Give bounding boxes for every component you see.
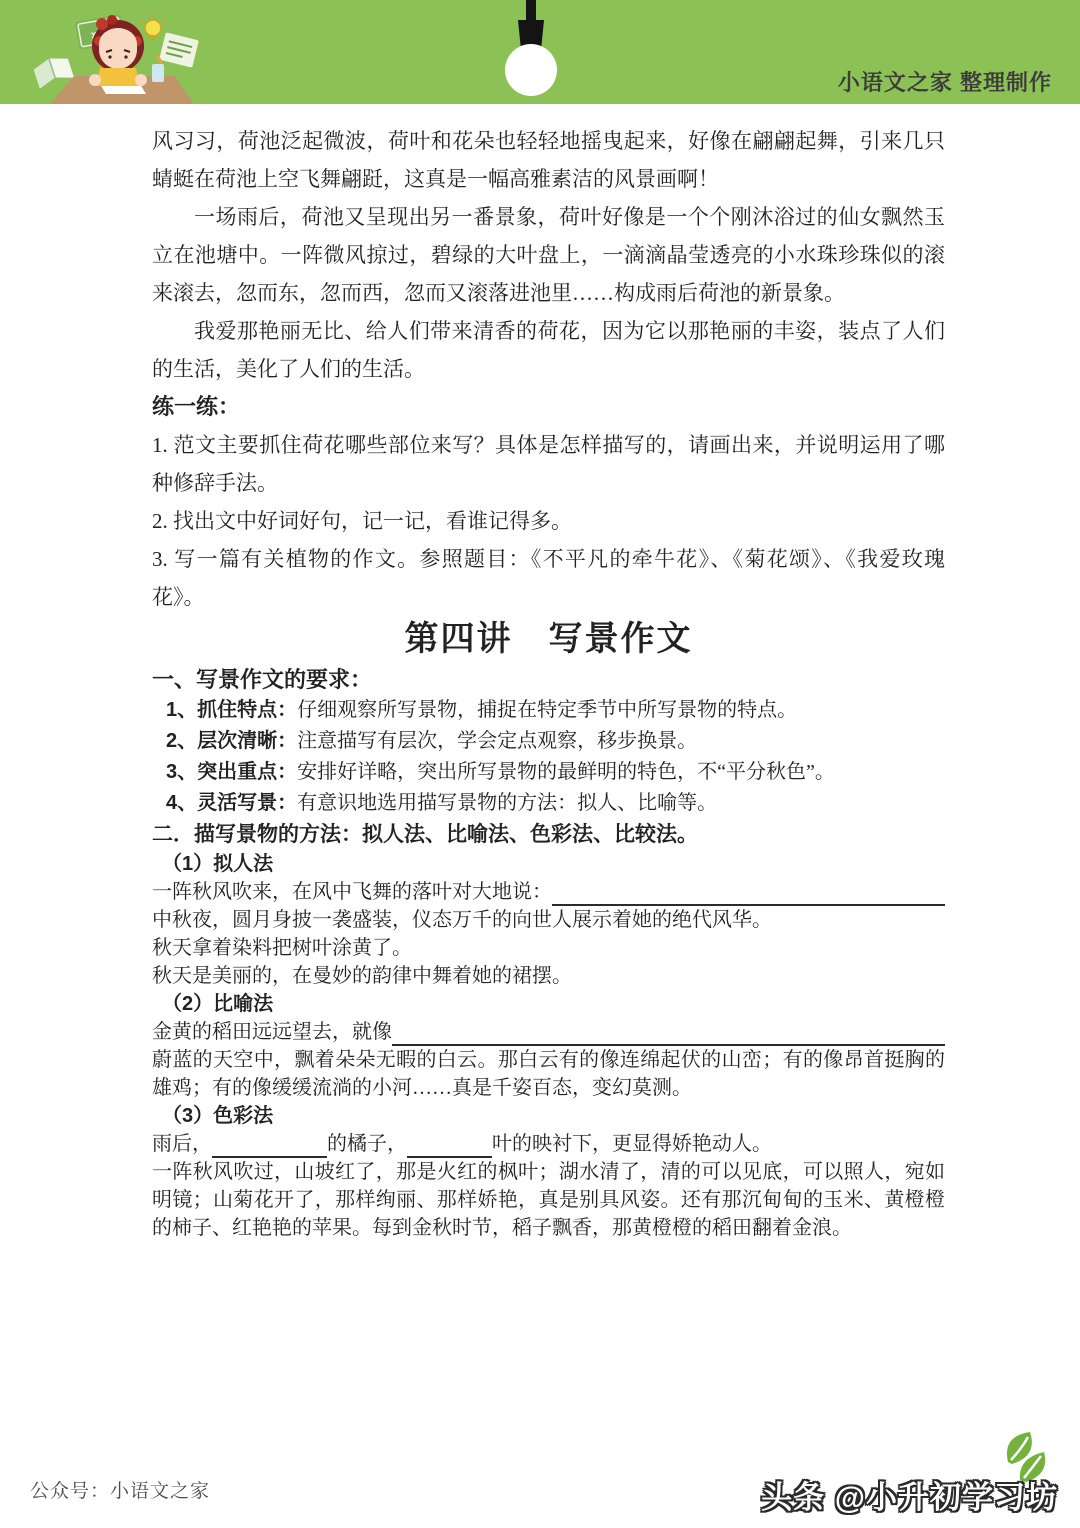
fill-line-part: 叶的映衬下，更显得娇艳动人。: [492, 1133, 772, 1155]
fill-line-part: 雨后，: [152, 1133, 212, 1155]
footer-account-text: 公众号：小语文之家: [30, 1476, 210, 1503]
worksheet-page: x+y: [0, 0, 1080, 1528]
practice-item: 3. 写一篇有关植物的作文。参照题目：《不平凡的牵牛花》、《菊花颂》、《我爱玫瑰…: [152, 540, 945, 616]
bulb-doodle-icon: [141, 14, 165, 40]
requirement-item: 2、层次清晰：注意描写有层次，学会定点观察，移步换景。: [152, 726, 945, 757]
method-heading: （3）色彩法: [152, 1102, 945, 1130]
fill-line-prefix: 一阵秋风吹来，在风中飞舞的落叶对大地说：: [152, 878, 552, 906]
header-banner: x+y: [0, 0, 1080, 104]
requirement-item: 4、灵活写景：有意识地选用描写景物的方法：拟人、比喻等。: [152, 788, 945, 819]
essay-paragraph: 风习习，荷池泛起微波，荷叶和花朵也轻轻地摇曳起来，好像在翩翩起舞，引来几只蜻蜓在…: [152, 122, 945, 198]
requirement-label: 3、突出重点：: [166, 761, 297, 783]
requirement-label: 1、抓住特点：: [166, 699, 297, 721]
method-heading: （2）比喻法: [152, 990, 945, 1018]
girl-figure: [89, 15, 147, 86]
hanging-light-bulb-icon: [504, 0, 558, 104]
essay-paragraph: 我爱那艳丽无比、给人们带来清香的荷花，因为它以那艳丽的丰姿，装点了人们的生活，美…: [152, 312, 945, 388]
brand-text: 小语文之家 整理制作: [838, 66, 1052, 97]
fill-blank: [212, 1136, 327, 1158]
section1-heading: 一、写景作文的要求：: [152, 664, 945, 695]
requirement-text: 仔细观察所写景物，捕捉在特定季节中所写景物的特点。: [297, 699, 797, 721]
fill-blank: [552, 882, 945, 906]
requirement-text: 安排好详略，突出所写景物的最鲜明的特色，不“平分秋色”。: [297, 761, 835, 783]
fill-blank: [407, 1136, 492, 1158]
requirement-item: 3、突出重点：安排好详略，突出所写景物的最鲜明的特色，不“平分秋色”。: [152, 757, 945, 788]
section2-heading: 二．描写景物的方法：拟人法、比喻法、色彩法、比较法。: [152, 819, 945, 850]
note-sheet-icon: [159, 32, 199, 67]
practice-heading: 练一练：: [152, 388, 945, 426]
method-example: 一阵秋风吹过，山坡红了，那是火红的枫叶；湖水清了，清的可以见底，可以照人，宛如明…: [152, 1158, 945, 1242]
fill-line-prefix: 金黄的稻田远远望去，就像: [152, 1018, 392, 1046]
requirement-text: 有意识地选用描写景物的方法：拟人、比喻等。: [297, 792, 717, 814]
practice-item: 2. 找出文中好词好句，记一记，看谁记得多。: [152, 502, 945, 540]
practice-item: 1. 范文主要抓住荷花哪些部位来写？具体是怎样描写的，请画出来，并说明运用了哪种…: [152, 426, 945, 502]
fill-in-line: 雨后，的橘子，叶的映衬下，更显得娇艳动人。: [152, 1130, 945, 1158]
essay-paragraph: 一场雨后，荷池又呈现出另一番景象，荷叶好像是一个个刚沐浴过的仙女飘然玉立在池塘中…: [152, 198, 945, 312]
requirement-item: 1、抓住特点：仔细观察所写景物，捕捉在特定季节中所写景物的特点。: [152, 695, 945, 726]
study-girl-illustration: x+y: [22, 6, 222, 104]
method-heading: （1）拟人法: [152, 850, 945, 878]
requirement-label: 2、层次清晰：: [166, 730, 297, 752]
method-example: 中秋夜，圆月身披一袭盛装，仪态万千的向世人展示着她的绝代风华。: [152, 906, 945, 934]
requirement-text: 注意描写有层次，学会定点观察，移步换景。: [297, 730, 697, 752]
fill-blank: [392, 1022, 945, 1046]
requirement-label: 4、灵活写景：: [166, 792, 297, 814]
lecture-title: 第四讲 写景作文: [152, 616, 945, 664]
watermark-text: 头条 @小升初学习坊: [761, 1472, 1058, 1517]
fill-line-part: 的橘子，: [327, 1133, 407, 1155]
fill-in-line: 金黄的稻田远远望去，就像: [152, 1018, 945, 1046]
method-example: 秋天是美丽的，在曼妙的韵律中舞着她的裙摆。: [152, 962, 945, 990]
fill-in-line: 一阵秋风吹来，在风中飞舞的落叶对大地说：: [152, 878, 945, 906]
document-body: 风习习，荷池泛起微波，荷叶和花朵也轻轻地摇曳起来，好像在翩翩起舞，引来几只蜻蜓在…: [152, 122, 945, 1242]
method-example: 蔚蓝的天空中，飘着朵朵无暇的白云。那白云有的像连绵起伏的山峦；有的像昂首挺胸的雄…: [152, 1046, 945, 1102]
method-example: 秋天拿着染料把树叶涂黄了。: [152, 934, 945, 962]
